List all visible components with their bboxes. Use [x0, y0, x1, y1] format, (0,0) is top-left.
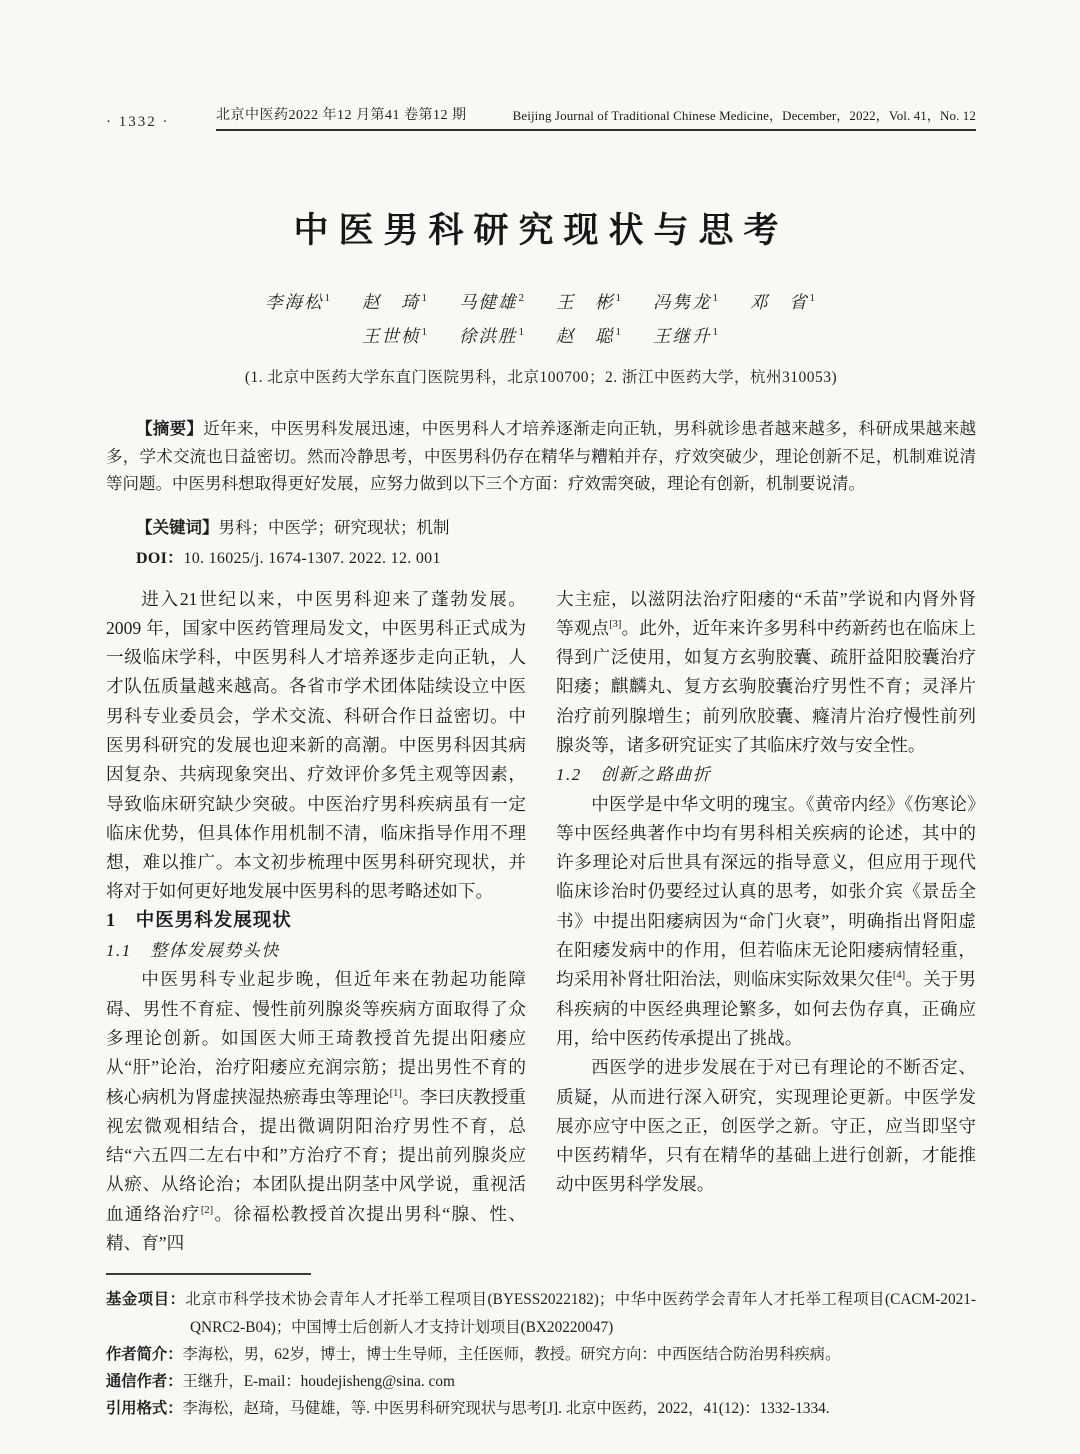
doi-value: 10. 16025/j. 1674-1307. 2022. 12. 001	[183, 550, 440, 567]
journal-header-rule: 北京中医药2022 年12 月第41 卷第12 期 Beijing Journa…	[216, 104, 976, 131]
abstract-block: 【摘要】近年来，中医男科发展迅速，中医男科人才培养逐渐走向正轨，男科就诊患者越来…	[106, 415, 976, 498]
footnote-label: 作者简介：	[106, 1346, 183, 1363]
body-paragraph: 中医学是中华文明的瑰宝。《黄帝内经》《伤寒论》等中医经典著作中均有男科相关疾病的…	[556, 790, 976, 1054]
author-name: 赵 琦1	[362, 292, 429, 312]
body-paragraph: 西医学的进步发展在于对已有理论的不断否定、质疑，从而进行深入研究，实现理论更新。…	[556, 1053, 976, 1199]
footnote-text: 王继升，E-mail：houdejisheng@sina. com	[183, 1373, 455, 1390]
reference-superscript: [3]	[609, 619, 621, 630]
reference-superscript: [1]	[390, 1088, 402, 1099]
doi-line: DOI：10. 16025/j. 1674-1307. 2022. 12. 00…	[106, 545, 976, 572]
abstract-label: 【摘要】	[136, 419, 203, 438]
footnote-label: 通信作者：	[106, 1373, 183, 1390]
author-name: 李海松1	[265, 292, 332, 312]
subsection-heading: 1.2 创新之路曲折	[556, 760, 976, 789]
author-name: 赵 聪1	[556, 326, 623, 346]
body-paragraph: 进入21世纪以来，中医男科迎来了蓬勃发展。2009 年，国家中医药管理局发文，中…	[106, 585, 526, 907]
reference-superscript: [2]	[201, 1205, 213, 1216]
article-title: 中医男科研究现状与思考	[106, 203, 976, 253]
reference-superscript: [4]	[893, 971, 905, 982]
author-affiliation-superscript: 1	[810, 292, 818, 304]
affiliation: (1. 北京中医药大学东直门医院男科，北京100700；2. 浙江中医药大学，杭…	[106, 365, 976, 387]
author-bio: 作者简介：李海松，男，62岁，博士，博士生导师，主任医师，教授。研究方向：中西医…	[106, 1341, 976, 1368]
footnote-label: 引用格式：	[106, 1400, 183, 1417]
author-line-2: 王世桢1徐洪胜1赵 聪1王继升1	[106, 323, 976, 348]
body-paragraph: 中医男科专业起步晚，但近年来在勃起功能障碍、男性不育症、慢性前列腺炎等疾病方面取…	[106, 965, 526, 1258]
left-column: 进入21世纪以来，中医男科迎来了蓬勃发展。2009 年，国家中医药管理局发文，中…	[106, 585, 526, 1259]
page-header: · 1332 · 北京中医药2022 年12 月第41 卷第12 期 Beiji…	[106, 104, 976, 131]
footnote-text: 北京市科学技术协会青年人才托举工程项目(BYESS2022182)；中华中医药学…	[186, 1291, 976, 1335]
author-name: 徐洪胜1	[459, 326, 526, 346]
fund-project: 基金项目：北京市科学技术协会青年人才托举工程项目(BYESS2022182)；中…	[106, 1286, 976, 1340]
author-name: 邓 省1	[750, 292, 817, 312]
author-affiliation-superscript: 1	[616, 292, 624, 304]
body-paragraph: 大主症，以滋阴法治疗阳痿的“禾苗”学说和内肾外肾等观点[3]。此外，近年来许多男…	[556, 585, 976, 761]
author-line-1: 李海松1赵 琦1马健雄2王 彬1冯隽龙1邓 省1	[106, 289, 976, 314]
keywords-text: 男科；中医学；研究现状；机制	[219, 518, 450, 537]
journal-title-cn: 北京中医药2022 年12 月第41 卷第12 期	[216, 104, 467, 124]
footnote-label: 基金项目：	[106, 1291, 186, 1308]
author-name: 冯隽龙1	[653, 292, 720, 312]
footnote-divider	[106, 1273, 311, 1275]
author-affiliation-superscript: 1	[422, 292, 430, 304]
journal-page: · 1332 · 北京中医药2022 年12 月第41 卷第12 期 Beiji…	[0, 0, 1080, 1454]
page-number: · 1332 ·	[106, 114, 216, 131]
author-affiliation-superscript: 1	[325, 292, 333, 304]
author-affiliation-superscript: 1	[422, 326, 430, 338]
author-affiliation-superscript: 1	[616, 326, 624, 338]
section-heading: 1 中医男科发展现状	[106, 907, 526, 936]
author-name: 马健雄2	[459, 292, 526, 312]
citation-format: 引用格式：李海松，赵琦，马健雄，等. 中医男科研究现状与思考[J]. 北京中医药…	[106, 1395, 976, 1422]
footnotes-block: 基金项目：北京市科学技术协会青年人才托举工程项目(BYESS2022182)；中…	[106, 1286, 976, 1422]
author-affiliation-superscript: 1	[713, 292, 721, 304]
footnote-text: 李海松，赵琦，马健雄，等. 中医男科研究现状与思考[J]. 北京中医药，2022…	[183, 1400, 830, 1417]
right-column: 大主症，以滋阴法治疗阳痿的“禾苗”学说和内肾外肾等观点[3]。此外，近年来许多男…	[556, 585, 976, 1259]
author-name: 王 彬1	[556, 292, 623, 312]
keywords-label: 【关键词】	[136, 518, 219, 537]
body-columns: 进入21世纪以来，中医男科迎来了蓬勃发展。2009 年，国家中医药管理局发文，中…	[106, 585, 976, 1259]
footnote-text: 李海松，男，62岁，博士，博士生导师，主任医师，教授。研究方向：中西医结合防治男…	[183, 1346, 841, 1363]
author-name: 王世桢1	[362, 326, 429, 346]
author-name: 王继升1	[653, 326, 720, 346]
abstract-text: 近年来，中医男科发展迅速，中医男科人才培养逐渐走向正轨，男科就诊患者越来越多，科…	[106, 419, 976, 493]
doi-label: DOI：	[136, 550, 183, 567]
corresponding-author: 通信作者：王继升，E-mail：houdejisheng@sina. com	[106, 1368, 976, 1395]
keywords-line: 【关键词】男科；中医学；研究现状；机制	[106, 514, 976, 542]
subsection-heading: 1.1 整体发展势头快	[106, 936, 526, 965]
journal-title-en: Beijing Journal of Traditional Chinese M…	[513, 105, 976, 124]
author-affiliation-superscript: 1	[519, 326, 527, 338]
author-affiliation-superscript: 2	[519, 292, 527, 304]
author-affiliation-superscript: 1	[713, 326, 721, 338]
